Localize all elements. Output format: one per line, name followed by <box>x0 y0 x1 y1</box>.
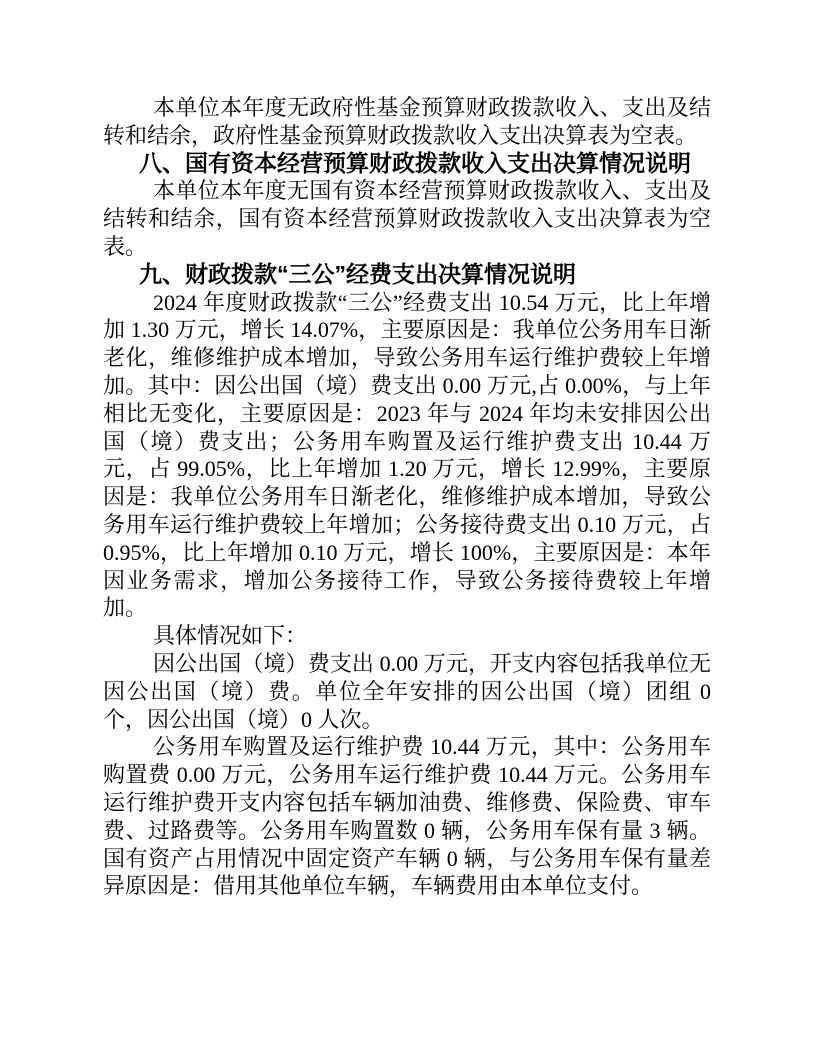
paragraph-three-public-expenses-overview: 2024 年度财政拨款“三公”经费支出 10.54 万元，比上年增加 1.30 … <box>103 289 711 623</box>
document-body: 本单位本年度无政府性基金预算财政拨款收入、支出及结转和结余，政府性基金预算财政拨… <box>103 94 711 900</box>
paragraph-details-intro: 具体情况如下： <box>103 622 711 650</box>
document-page: 本单位本年度无政府性基金预算财政拨款收入、支出及结转和结余，政府性基金预算财政拨… <box>0 0 816 1056</box>
paragraph-state-capital-budget-note: 本单位本年度无国有资本经营预算财政拨款收入、支出及结转和结余，国有资本经营预算财… <box>103 177 711 260</box>
section-heading-9-three-public-expenses: 九、财政拨款“三公”经费支出决算情况说明 <box>103 261 711 289</box>
paragraph-overseas-travel-expense: 因公出国（境）费支出 0.00 万元，开支内容包括我单位无因公出国（境）费。单位… <box>103 650 711 733</box>
paragraph-gov-fund-budget-note: 本单位本年度无政府性基金预算财政拨款收入、支出及结转和结余，政府性基金预算财政拨… <box>103 94 711 150</box>
paragraph-official-vehicle-expense: 公务用车购置及运行维护费 10.44 万元，其中：公务用车购置费 0.00 万元… <box>103 733 711 900</box>
section-heading-8-state-capital: 八、国有资本经营预算财政拨款收入支出决算情况说明 <box>103 150 711 178</box>
